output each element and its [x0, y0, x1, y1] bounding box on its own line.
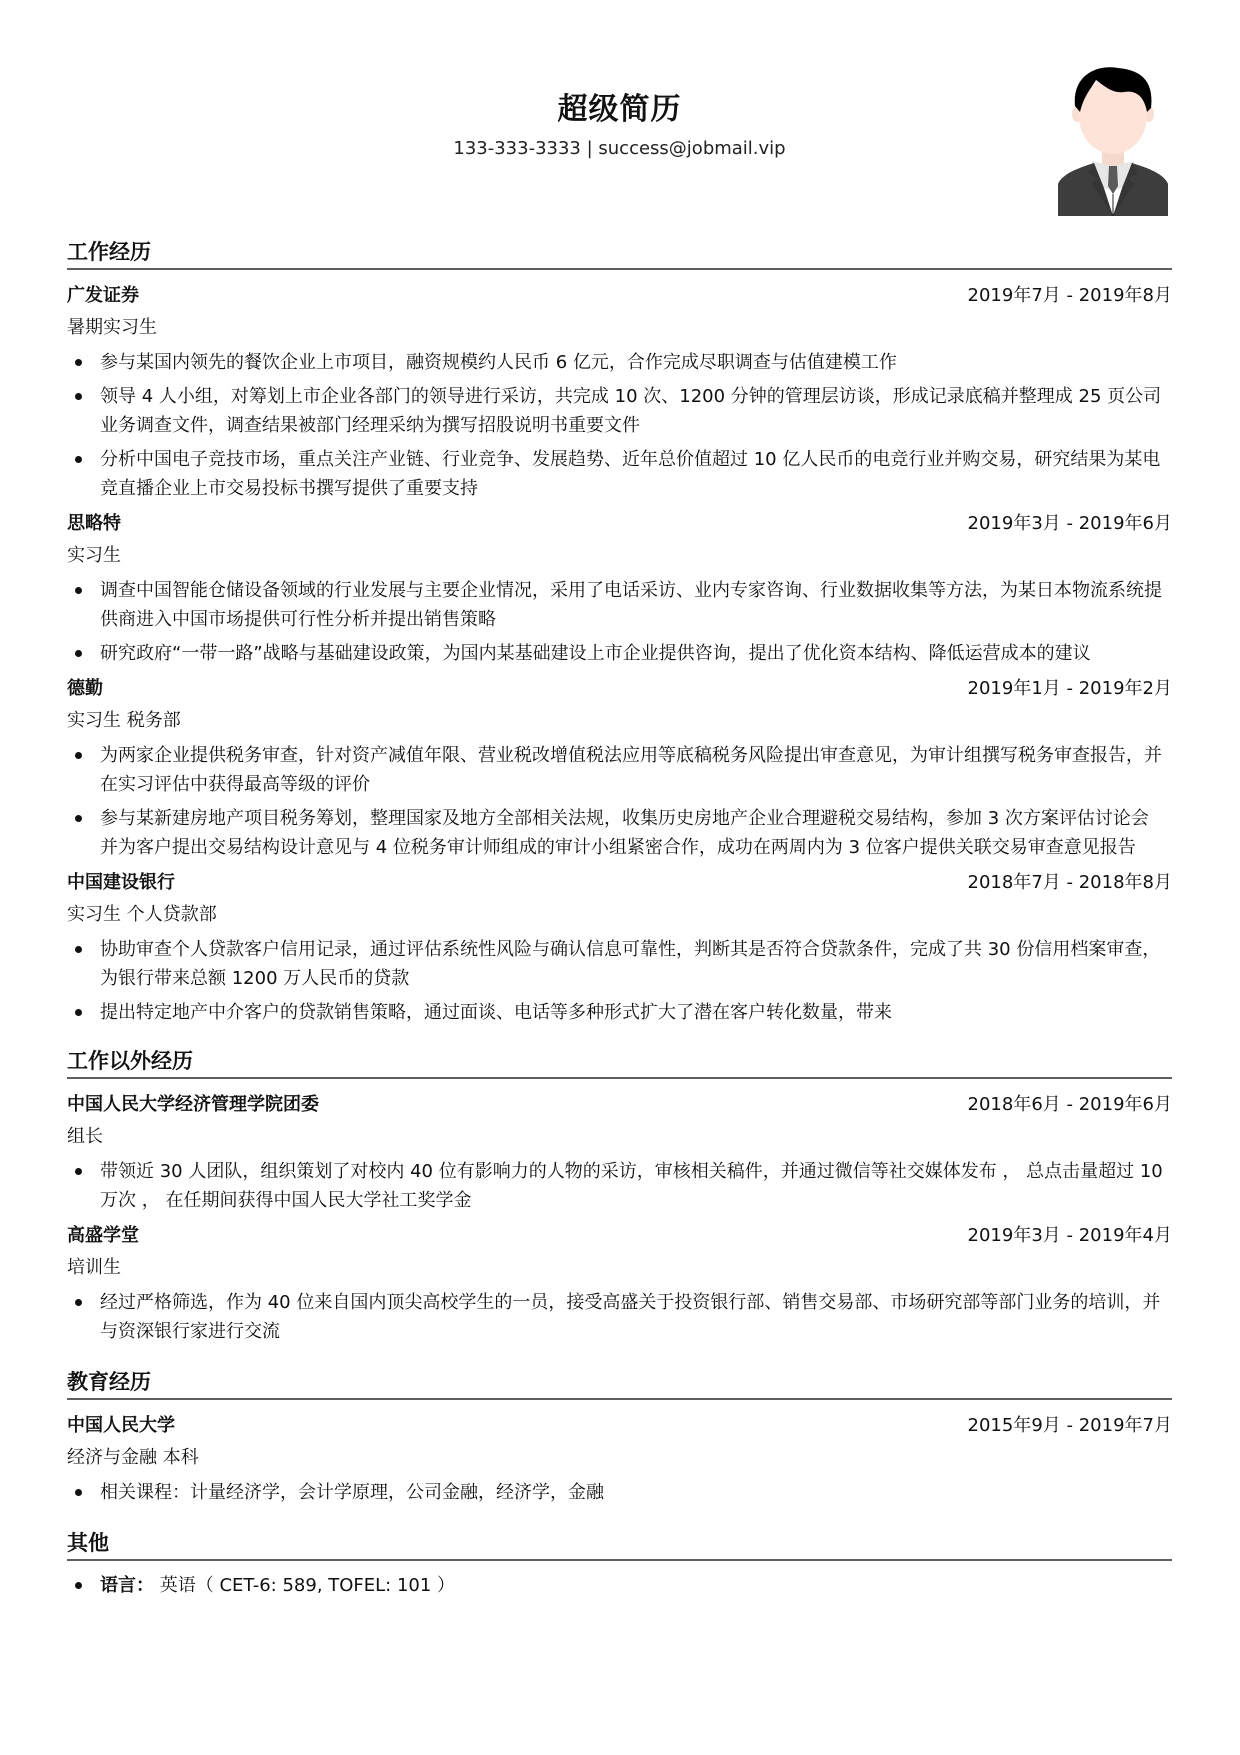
contact-info: 133-333-3333 | success@jobmail.vip: [67, 138, 1172, 159]
section-title: 其他: [67, 1517, 1172, 1557]
entry-role: 实习生 个人贷款部: [67, 899, 1172, 931]
bullet-text: 领导 4 人小组，对筹划上市企业各部门的领导进行采访，共完成 10 次、1200…: [100, 386, 1161, 436]
entry-role: 实习生 税务部: [67, 705, 1172, 737]
language-label: 语言：: [100, 1575, 154, 1596]
entry-date: 2019年3月 - 2019年6月: [968, 508, 1172, 540]
section-divider: [67, 1398, 1172, 1400]
work-entry: 中国建设银行 2018年7月 - 2018年8月 实习生 个人贷款部 协助审查个…: [67, 867, 1172, 1027]
extra-entry: 中国人民大学经济管理学院团委 2018年6月 - 2019年6月 组长 带领近 …: [67, 1089, 1172, 1215]
resume-name: 超级简历: [67, 84, 1172, 128]
section-divider: [67, 1559, 1172, 1561]
bullet-icon: [75, 1168, 82, 1175]
education-entry: 中国人民大学 2015年9月 - 2019年7月 经济与金融 本科 相关课程：计…: [67, 1410, 1172, 1507]
bullet-icon: [75, 752, 82, 759]
bullet-text: 经过严格筛选，作为 40 位来自国内顶尖高校学生的一员，接受高盛关于投资银行部、…: [100, 1292, 1160, 1342]
bullet-item: 相关课程：计量经济学，会计学原理，公司金融，经济学，金融: [67, 1478, 1172, 1507]
bullet-text: 为两家企业提供税务审查，针对资产减值年限、营业税改增值税法应用等底稿税务风险提出…: [100, 745, 1162, 795]
avatar-person-icon: [1058, 66, 1168, 216]
bullet-item: 调查中国智能仓储设备领域的行业发展与主要企业情况，采用了电话采访、业内专家咨询、…: [67, 576, 1172, 634]
bullet-item: 经过严格筛选，作为 40 位来自国内顶尖高校学生的一员，接受高盛关于投资银行部、…: [67, 1288, 1172, 1346]
bullet-item: 协助审查个人贷款客户信用记录，通过评估系统性风险与确认信息可靠性，判断其是否符合…: [67, 935, 1172, 993]
entry-role: 实习生: [67, 540, 1172, 572]
bullet-icon: [75, 946, 82, 953]
bullet-text: 调查中国智能仓储设备领域的行业发展与主要企业情况，采用了电话采访、业内专家咨询、…: [100, 580, 1162, 630]
entry-organization: 德勤: [67, 673, 103, 705]
bullet-text: 分析中国电子竞技市场，重点关注产业链、行业竞争、发展趋势、近年总价值超过 10 …: [100, 449, 1160, 499]
entry-school: 中国人民大学: [67, 1410, 175, 1442]
bullet-text: 提出特定地产中介客户的贷款销售策略，通过面谈、电话等多种形式扩大了潜在客户转化数…: [100, 1002, 892, 1023]
section-divider: [67, 268, 1172, 270]
bullet-text: 参与某新建房地产项目税务筹划，整理国家及地方全部相关法规，收集历史房地产企业合理…: [100, 808, 1149, 858]
entry-date: 2019年1月 - 2019年2月: [968, 673, 1172, 705]
work-entry: 思略特 2019年3月 - 2019年6月 实习生 调查中国智能仓储设备领域的行…: [67, 508, 1172, 668]
bullet-item-language: 语言： 英语（ CET-6: 589, TOFEL: 101 ）: [67, 1571, 1172, 1600]
resume-header: 超级简历 133-333-3333 | success@jobmail.vip: [67, 0, 1172, 222]
entry-date: 2018年6月 - 2019年6月: [968, 1089, 1172, 1121]
bullet-text: 参与某国内领先的餐饮企业上市项目，融资规模约人民币 6 亿元，合作完成尽职调查与…: [100, 352, 897, 373]
bullet-text: 带领近 30 人团队，组织策划了对校内 40 位有影响力的人物的采访，审核相关稿…: [100, 1161, 1163, 1211]
bullet-icon: [75, 650, 82, 657]
entry-organization: 中国建设银行: [67, 867, 175, 899]
bullet-icon: [75, 587, 82, 594]
section-title: 教育经历: [67, 1356, 1172, 1396]
entry-organization: 广发证券: [67, 280, 139, 312]
bullet-icon: [75, 1299, 82, 1306]
bullet-icon: [75, 1582, 82, 1589]
entry-degree: 经济与金融 本科: [67, 1442, 1172, 1474]
bullet-item: 为两家企业提供税务审查，针对资产减值年限、营业税改增值税法应用等底稿税务风险提出…: [67, 741, 1172, 799]
resume-page: 超级简历 133-333-3333 | success@jobmail.vip: [67, 0, 1172, 1605]
entry-date: 2019年7月 - 2019年8月: [968, 280, 1172, 312]
bullet-icon: [75, 1489, 82, 1496]
bullet-icon: [75, 456, 82, 463]
bullet-icon: [75, 1009, 82, 1016]
extra-entry: 高盛学堂 2019年3月 - 2019年4月 培训生 经过严格筛选，作为 40 …: [67, 1220, 1172, 1346]
bullet-item: 参与某新建房地产项目税务筹划，整理国家及地方全部相关法规，收集历史房地产企业合理…: [67, 804, 1172, 862]
language-value: 英语（ CET-6: 589, TOFEL: 101 ）: [154, 1575, 455, 1596]
bullet-icon: [75, 815, 82, 822]
entry-role: 组长: [67, 1121, 1172, 1153]
section-extracurricular: 工作以外经历 中国人民大学经济管理学院团委 2018年6月 - 2019年6月 …: [67, 1035, 1172, 1346]
entry-organization: 高盛学堂: [67, 1220, 139, 1252]
avatar: [1058, 66, 1168, 216]
section-title: 工作以外经历: [67, 1035, 1172, 1075]
section-other: 其他 语言： 英语（ CET-6: 589, TOFEL: 101 ）: [67, 1517, 1172, 1600]
work-entry: 德勤 2019年1月 - 2019年2月 实习生 税务部 为两家企业提供税务审查…: [67, 673, 1172, 862]
entry-date: 2015年9月 - 2019年7月: [968, 1410, 1172, 1442]
entry-date: 2019年3月 - 2019年4月: [968, 1220, 1172, 1252]
bullet-item: 带领近 30 人团队，组织策划了对校内 40 位有影响力的人物的采访，审核相关稿…: [67, 1157, 1172, 1215]
entry-role: 暑期实习生: [67, 312, 1172, 344]
bullet-text: 协助审查个人贷款客户信用记录，通过评估系统性风险与确认信息可靠性，判断其是否符合…: [100, 939, 1160, 989]
entry-organization: 中国人民大学经济管理学院团委: [67, 1089, 319, 1121]
bullet-item: 分析中国电子竞技市场，重点关注产业链、行业竞争、发展趋势、近年总价值超过 10 …: [67, 445, 1172, 503]
section-education: 教育经历 中国人民大学 2015年9月 - 2019年7月 经济与金融 本科 相…: [67, 1356, 1172, 1507]
entry-role: 培训生: [67, 1252, 1172, 1284]
bullet-text: 相关课程：计量经济学，会计学原理，公司金融，经济学，金融: [100, 1482, 604, 1503]
entry-date: 2018年7月 - 2018年8月: [968, 867, 1172, 899]
entry-organization: 思略特: [67, 508, 121, 540]
section-title: 工作经历: [67, 226, 1172, 266]
work-entry: 广发证券 2019年7月 - 2019年8月 暑期实习生 参与某国内领先的餐饮企…: [67, 280, 1172, 503]
bullet-icon: [75, 393, 82, 400]
section-work-experience: 工作经历 广发证券 2019年7月 - 2019年8月 暑期实习生 参与某国内领…: [67, 226, 1172, 1027]
bullet-item: 研究政府“一带一路”战略与基础建设政策，为国内某基础建设上市企业提供咨询，提出了…: [67, 639, 1172, 668]
bullet-item: 参与某国内领先的餐饮企业上市项目，融资规模约人民币 6 亿元，合作完成尽职调查与…: [67, 348, 1172, 377]
section-divider: [67, 1077, 1172, 1079]
bullet-text: 研究政府“一带一路”战略与基础建设政策，为国内某基础建设上市企业提供咨询，提出了…: [100, 643, 1091, 664]
bullet-icon: [75, 359, 82, 366]
bullet-item: 领导 4 人小组，对筹划上市企业各部门的领导进行采访，共完成 10 次、1200…: [67, 382, 1172, 440]
bullet-item: 提出特定地产中介客户的贷款销售策略，通过面谈、电话等多种形式扩大了潜在客户转化数…: [67, 998, 1172, 1027]
